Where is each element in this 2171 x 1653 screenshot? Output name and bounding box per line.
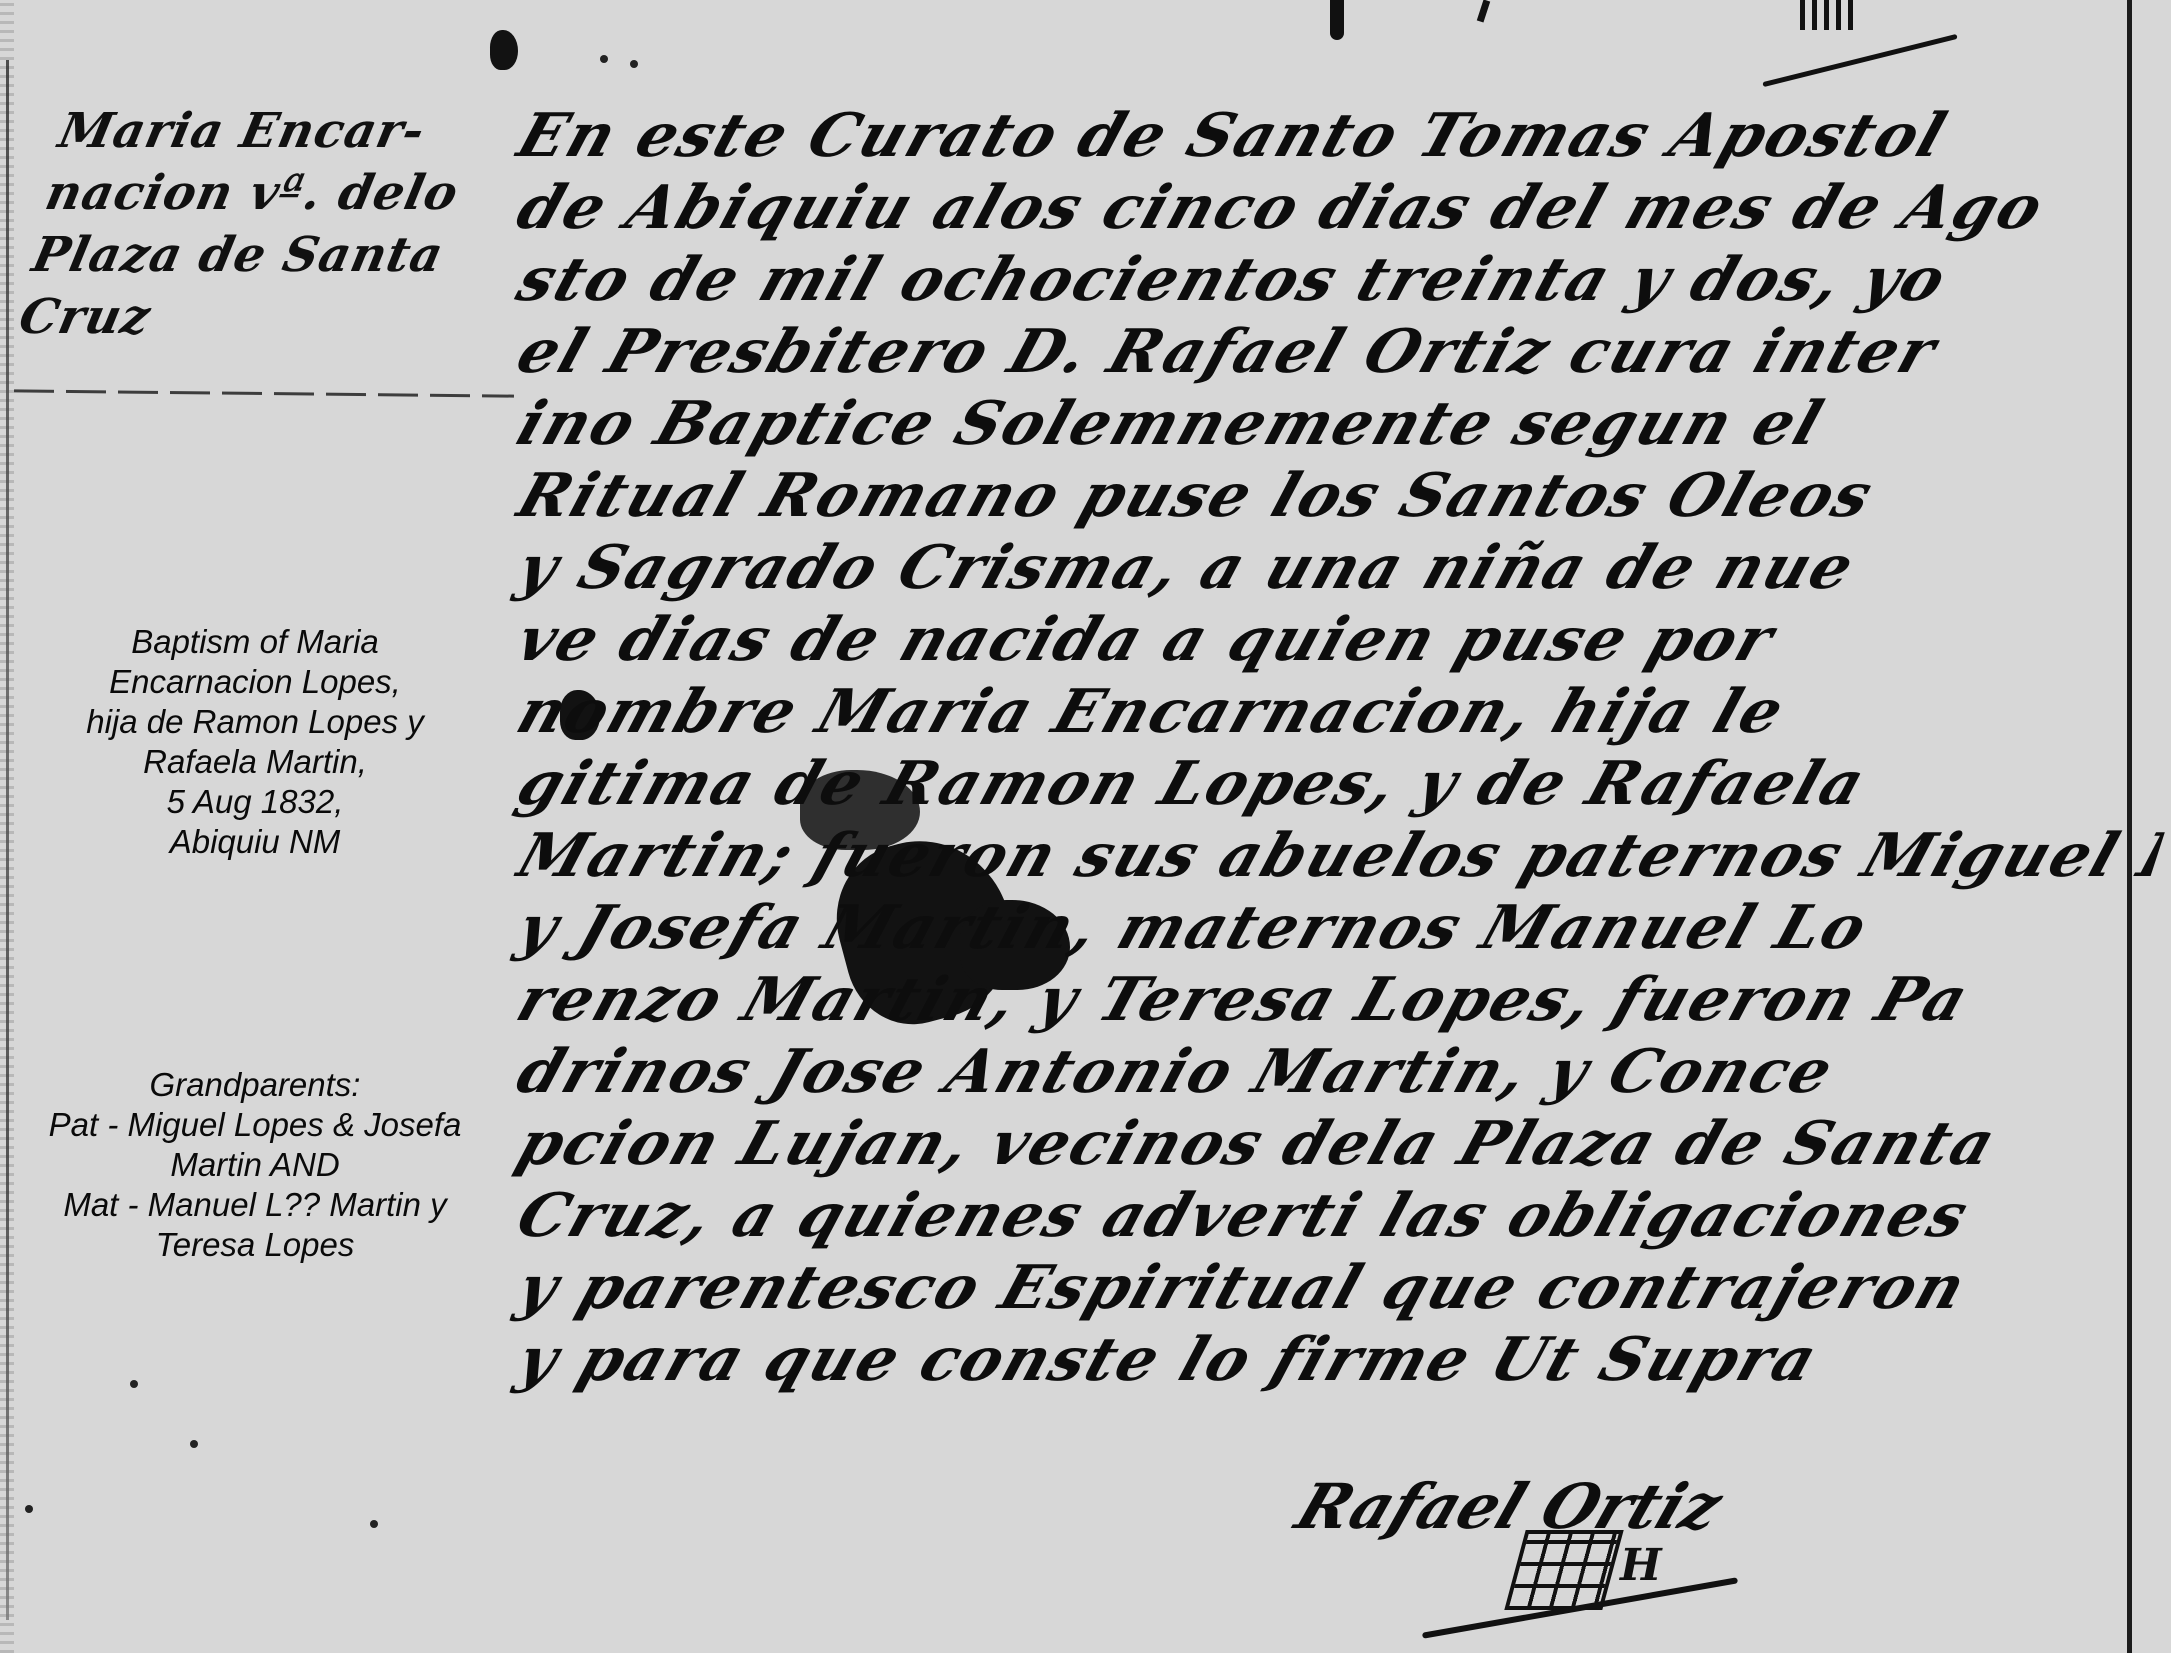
left-margin-rule (6, 60, 9, 1620)
signature-rubric-grid (1504, 1530, 1623, 1610)
caption-line: Encarnacion Lopes, (10, 662, 500, 702)
record-line: y Josefa Martin, maternos Manuel Lo (508, 892, 2168, 964)
record-line: En este Curato de Santo Tomas Apostol (508, 100, 2168, 172)
priest-signature: Rafael Ortiz (1287, 1470, 1732, 1543)
ink-speck (190, 1440, 198, 1448)
record-line: y parentesco Espiritual que contrajeron (508, 1252, 2168, 1324)
grandparents-line: Teresa Lopes (10, 1225, 500, 1265)
previous-entry-rubric (1800, 0, 1860, 30)
ink-speck (25, 1505, 33, 1513)
record-line: pcion Lujan, vecinos dela Plaza de Santa (508, 1108, 2168, 1180)
annotation-caption: Baptism of Maria Encarnacion Lopes, hija… (10, 622, 500, 862)
record-line: ino Baptice Solemnemente segun el (508, 388, 2168, 460)
record-line: sto de mil ochocientos treinta y dos, yo (508, 244, 2168, 316)
ink-stroke-fragment (1330, 0, 1344, 40)
grandparents-line: Pat - Miguel Lopes & Josefa (10, 1105, 500, 1145)
grandparents-line: Mat - Manuel L?? Martin y (10, 1185, 500, 1225)
caption-line: Rafaela Martin, (10, 742, 500, 782)
record-line: gitima de Ramon Lopes, y de Rafaela (508, 748, 2168, 820)
grandparents-line: Martin AND (10, 1145, 500, 1185)
margin-note-line: Maria Encar- (53, 100, 536, 162)
record-line: y para que conste lo firme Ut Supra (508, 1324, 2168, 1396)
caption-line: hija de Ramon Lopes y (10, 702, 500, 742)
previous-entry-flourish (1762, 34, 1957, 87)
ink-speck (600, 55, 608, 63)
margin-note-line: Plaza de Santa (27, 224, 510, 286)
record-line: renzo Martin, y Teresa Lopes, fueron Pa (508, 964, 2168, 1036)
record-line: Ritual Romano puse los Santos Oleos (508, 460, 2168, 532)
margin-divider (14, 389, 514, 397)
annotation-grandparents: Grandparents: Pat - Miguel Lopes & Josef… (10, 1065, 500, 1265)
record-line: ve dias de nacida a quien puse por (508, 604, 2168, 676)
record-line: nombre Maria Encarnacion, hija le (508, 676, 2168, 748)
record-line: y Sagrado Crisma, a una niña de nue (508, 532, 2168, 604)
ink-speck (630, 60, 638, 68)
ink-speck (370, 1520, 378, 1528)
document-page: Maria Encar- nacion vª. delo Plaza de Sa… (0, 0, 2171, 1653)
signature-rubric-mark: H (1620, 1540, 1662, 1591)
caption-line: Abiquiu NM (10, 822, 500, 862)
caption-line: 5 Aug 1832, (10, 782, 500, 822)
baptism-record-text: En este Curato de Santo Tomas Apostol de… (520, 100, 2125, 1396)
record-line: el Presbitero D. Rafael Ortiz cura inter (508, 316, 2168, 388)
ink-speck (130, 1380, 138, 1388)
margin-note-line: Cruz (14, 286, 497, 348)
margin-note: Maria Encar- nacion vª. delo Plaza de Sa… (14, 100, 537, 348)
grandparents-heading: Grandparents: (10, 1065, 500, 1105)
record-line: Cruz, a quienes adverti las obligaciones (508, 1180, 2168, 1252)
record-line: drinos Jose Antonio Martin, y Conce (508, 1036, 2168, 1108)
caption-line: Baptism of Maria (10, 622, 500, 662)
ink-stroke-fragment (1477, 0, 1490, 23)
margin-note-line: nacion vª. delo (40, 162, 523, 224)
record-line: de Abiquiu alos cinco dias del mes de Ag… (508, 172, 2168, 244)
record-line: Martin; fueron sus abuelos paternos Migu… (508, 820, 2168, 892)
ink-blot (490, 30, 518, 70)
